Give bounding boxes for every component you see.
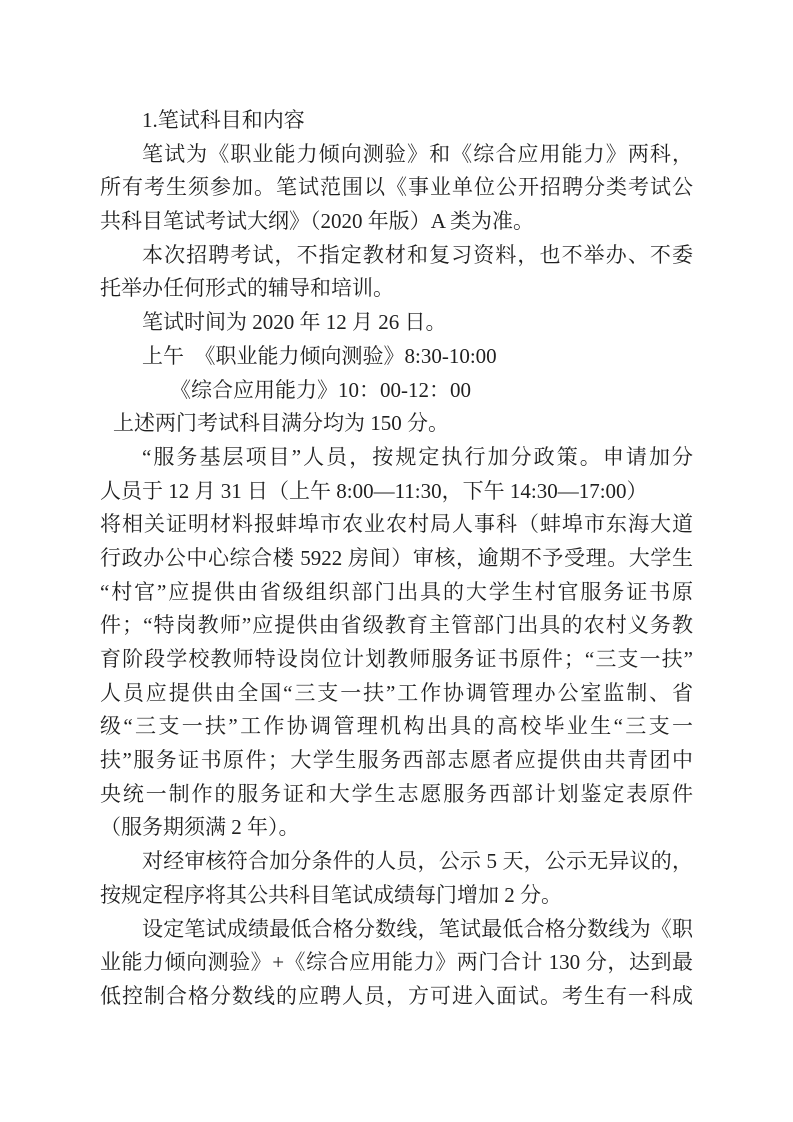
text-line: 央统一制作的服务证和大学生志愿服务西部计划鉴定表原件 <box>100 778 693 812</box>
text-line: 件；“特岗教师”应提供由省级教育主管部门出具的农村义务教 <box>100 609 693 643</box>
text-line: 共科目笔试考试大纲》（2020 年版）A 类为准。 <box>100 205 693 239</box>
text-line: 设定笔试成绩最低合格分数线，笔试最低合格分数线为《职 <box>100 913 693 947</box>
text-line: 托举办任何形式的辅导和培训。 <box>100 272 693 306</box>
text-line: 笔试时间为 2020 年 12 月 26 日。 <box>100 306 693 340</box>
text-line: 人员于 12 月 31 日（上午 8:00—11:30，下午 14:30—17:… <box>100 475 693 509</box>
text-line: “村官”应提供由省级组织部门出具的大学生村官服务证书原 <box>100 576 693 610</box>
text-line: 按规定程序将其公共科目笔试成绩每门增加 2 分。 <box>100 879 693 913</box>
text-line: 级“三支一扶”工作协调管理机构出具的高校毕业生“三支一 <box>100 710 693 744</box>
text-line: 上午 《职业能力倾向测验》8:30-10:00 <box>100 340 693 374</box>
document-body: 1.笔试科目和内容笔试为《职业能力倾向测验》和《综合应用能力》两科，所有考生须参… <box>100 104 693 1014</box>
text-line: “服务基层项目”人员，按规定执行加分政策。申请加分 <box>100 441 693 475</box>
text-line: （服务期须满 2 年）。 <box>100 811 693 845</box>
text-line: 1.笔试科目和内容 <box>100 104 693 138</box>
text-line: 《综合应用能力》10：00-12：00 <box>100 374 693 408</box>
text-line: 低控制合格分数线的应聘人员，方可进入面试。考生有一科成 <box>100 980 693 1014</box>
text-line: 笔试为《职业能力倾向测验》和《综合应用能力》两科， <box>100 138 693 172</box>
text-line: 行政办公中心综合楼 5922 房间）审核，逾期不予受理。大学生 <box>100 542 693 576</box>
text-line: 所有考生须参加。笔试范围以《事业单位公开招聘分类考试公 <box>100 171 693 205</box>
text-line: 上述两门考试科目满分均为 150 分。 <box>100 407 693 441</box>
text-line: 业能力倾向测验》+《综合应用能力》两门合计 130 分，达到最 <box>100 946 693 980</box>
text-line: 人员应提供由全国“三支一扶”工作协调管理办公室监制、省 <box>100 677 693 711</box>
text-line: 将相关证明材料报蚌埠市农业农村局人事科（蚌埠市东海大道 <box>100 508 693 542</box>
document-page: 1.笔试科目和内容笔试为《职业能力倾向测验》和《综合应用能力》两科，所有考生须参… <box>0 0 793 1122</box>
text-line: 扶”服务证书原件；大学生服务西部志愿者应提供由共青团中 <box>100 744 693 778</box>
text-line: 育阶段学校教师特设岗位计划教师服务证书原件；“三支一扶” <box>100 643 693 677</box>
text-line: 本次招聘考试，不指定教材和复习资料，也不举办、不委 <box>100 239 693 273</box>
text-line: 对经审核符合加分条件的人员，公示 5 天，公示无异议的， <box>100 845 693 879</box>
